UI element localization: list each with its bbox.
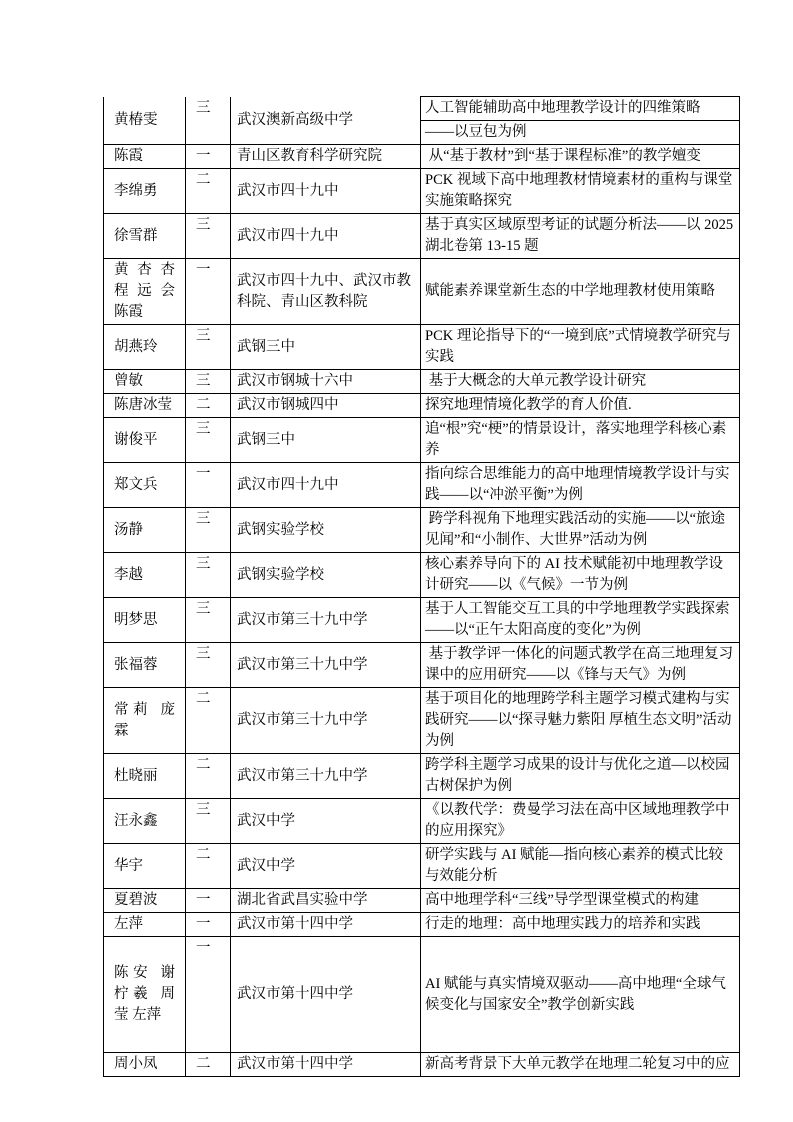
table-row: 陈唐冰莹 二 武汉市钢城四中 探究地理情境化教学的育人价值. — [104, 394, 740, 418]
table-row: 左萍 一 武汉市第十四中学 行走的地理：高中地理实践力的培养和实践 — [104, 913, 740, 937]
title-cell: 指向综合思维能力的高中地理情境教学设计与实践——以“冲淤平衡”为例 — [421, 463, 740, 508]
name-cell: 李越 — [104, 553, 186, 598]
rank-cell: 三 — [186, 598, 231, 643]
name-cell: 汤静 — [104, 508, 186, 553]
table-row: 郑文兵 一 武汉市四十九中 指向综合思维能力的高中地理情境教学设计与实践——以“… — [104, 463, 740, 508]
title-cell: 从“基于教材”到“基于课程标准”的教学嬗变 — [421, 145, 740, 169]
school-cell: 武汉中学 — [231, 844, 421, 889]
school-cell: 武汉市第三十九中学 — [231, 598, 421, 643]
rank-cell: 三 — [186, 508, 231, 553]
awards-table: 黄椿雯 三 武汉澳新高级中学 人工智能辅助高中地理教学设计的四维策略 ——以豆包… — [103, 96, 740, 1077]
title-cell: 跨学科视角下地理实践活动的实施——以“旅途见闻”和“小制作、大世界”活动为例 — [421, 508, 740, 553]
name-cell: 周小凤 — [104, 1053, 186, 1077]
school-cell: 青山区教育科学研究院 — [231, 145, 421, 169]
school-cell: 武汉市四十九中 — [231, 214, 421, 259]
name-cell: 左萍 — [104, 913, 186, 937]
rank-cell: 三 — [186, 370, 231, 394]
school-cell: 武汉市第三十九中学 — [231, 688, 421, 754]
title-cell: 基于项目化的地理跨学科主题学习模式建构与实践研究——以“探寻魅力紫阳 厚植生态文… — [421, 688, 740, 754]
title-cell: 新高考背景下大单元教学在地理二轮复习中的应 — [421, 1053, 740, 1077]
school-cell: 武汉市第十四中学 — [231, 1053, 421, 1077]
title-cell: 探究地理情境化教学的育人价值. — [421, 394, 740, 418]
school-cell: 武汉澳新高级中学 — [231, 97, 421, 145]
rank-cell: 二 — [186, 844, 231, 889]
table-row: 汤静 三 武钢实验学校 跨学科视角下地理实践活动的实施——以“旅途见闻”和“小制… — [104, 508, 740, 553]
rank-cell: 二 — [186, 688, 231, 754]
table-row: 汪永鑫 三 武汉中学 《以教代学：费曼学习法在高中区域地理教学中的应用探究》 — [104, 799, 740, 844]
title-cell: PCK 理论指导下的“一境到底”式情境教学研究与实践 — [421, 325, 740, 370]
title-cell: ——以豆包为例 — [421, 121, 740, 145]
title-cell: 追“根”究“梗”的情景设计，落实地理学科核心素养 — [421, 418, 740, 463]
title-cell: 基于大概念的大单元教学设计研究 — [421, 370, 740, 394]
rank-cell: 一 — [186, 913, 231, 937]
table-row: 黄杏杏 程远会 陈霞 一 武汉市四十九中、武汉市教科院、青山区教科院 赋能素养课… — [104, 259, 740, 325]
rank-cell: 三 — [186, 214, 231, 259]
title-cell: 赋能素养课堂新生态的中学地理教材使用策略 — [421, 259, 740, 325]
title-cell: PCK 视域下高中地理教材情境素材的重构与课堂实施策略探究 — [421, 169, 740, 214]
name-cell: 张福蓉 — [104, 643, 186, 688]
document-page: 黄椿雯 三 武汉澳新高级中学 人工智能辅助高中地理教学设计的四维策略 ——以豆包… — [0, 0, 793, 1122]
title-cell: 行走的地理：高中地理实践力的培养和实践 — [421, 913, 740, 937]
name-cell: 常莉 庞霖 — [104, 688, 186, 754]
rank-cell: 一 — [186, 937, 231, 1053]
table-row: 黄椿雯 三 武汉澳新高级中学 人工智能辅助高中地理教学设计的四维策略 — [104, 97, 740, 121]
table-row: 李越 三 武钢实验学校 核心素养导向下的 AI 技术赋能初中地理教学设计研究——… — [104, 553, 740, 598]
name-cell: 徐雪群 — [104, 214, 186, 259]
title-cell: AI 赋能与真实情境双驱动——高中地理“全球气候变化与国家安全”教学创新实践 — [421, 937, 740, 1053]
name-cell: 黄椿雯 — [104, 97, 186, 145]
rank-cell: 一 — [186, 889, 231, 913]
school-cell: 武汉市四十九中 — [231, 169, 421, 214]
rank-cell: 一 — [186, 145, 231, 169]
table-row: 明梦思 三 武汉市第三十九中学 基于人工智能交互工具的中学地理教学实践探索——以… — [104, 598, 740, 643]
school-cell: 武汉市四十九中 — [231, 463, 421, 508]
school-cell: 湖北省武昌实验中学 — [231, 889, 421, 913]
name-cell: 明梦思 — [104, 598, 186, 643]
school-cell: 武汉市第十四中学 — [231, 937, 421, 1053]
table-row: 张福蓉 三 武汉市第三十九中学 基于教学评一体化的问题式教学在高三地理复习课中的… — [104, 643, 740, 688]
school-cell: 武汉中学 — [231, 799, 421, 844]
title-cell: 《以教代学：费曼学习法在高中区域地理教学中的应用探究》 — [421, 799, 740, 844]
table-row: 陈霞 一 青山区教育科学研究院 从“基于教材”到“基于课程标准”的教学嬗变 — [104, 145, 740, 169]
rank-cell: 二 — [186, 394, 231, 418]
title-cell: 基于教学评一体化的问题式教学在高三地理复习课中的应用研究——以《锋与天气》为例 — [421, 643, 740, 688]
name-cell: 陈唐冰莹 — [104, 394, 186, 418]
name-cell: 夏碧波 — [104, 889, 186, 913]
title-cell: 基于真实区域原型考证的试题分析法——以 2025 湖北卷第 13-15 题 — [421, 214, 740, 259]
name-cell: 陈安 谢柠羲 周莹 左萍 — [104, 937, 186, 1053]
school-cell: 武汉市钢城四中 — [231, 394, 421, 418]
name-cell: 谢俊平 — [104, 418, 186, 463]
table-row: 夏碧波 一 湖北省武昌实验中学 高中地理学科“三线”导学型课堂模式的构建 — [104, 889, 740, 913]
table-row: 胡燕玲 三 武钢三中 PCK 理论指导下的“一境到底”式情境教学研究与实践 — [104, 325, 740, 370]
table-row: 陈安 谢柠羲 周莹 左萍 一 武汉市第十四中学 AI 赋能与真实情境双驱动——高… — [104, 937, 740, 1053]
rank-cell: 二 — [186, 754, 231, 799]
rank-cell: 三 — [186, 553, 231, 598]
title-cell: 核心素养导向下的 AI 技术赋能初中地理教学设计研究——以《气候》一节为例 — [421, 553, 740, 598]
title-cell: 高中地理学科“三线”导学型课堂模式的构建 — [421, 889, 740, 913]
title-cell: 人工智能辅助高中地理教学设计的四维策略 — [421, 97, 740, 121]
name-cell: 黄杏杏 程远会 陈霞 — [104, 259, 186, 325]
school-cell: 武钢实验学校 — [231, 553, 421, 598]
school-cell: 武钢三中 — [231, 325, 421, 370]
rank-cell: 三 — [186, 325, 231, 370]
table-row: 李绵勇 二 武汉市四十九中 PCK 视域下高中地理教材情境素材的重构与课堂实施策… — [104, 169, 740, 214]
school-cell: 武汉市第十四中学 — [231, 913, 421, 937]
name-cell: 陈霞 — [104, 145, 186, 169]
name-cell: 华宇 — [104, 844, 186, 889]
rank-cell: 一 — [186, 259, 231, 325]
name-cell: 李绵勇 — [104, 169, 186, 214]
rank-cell: 三 — [186, 418, 231, 463]
table-row: 华宇 二 武汉中学 研学实践与 AI 赋能—指向核心素养的模式比较与效能分析 — [104, 844, 740, 889]
rank-cell: 二 — [186, 1053, 231, 1077]
rank-cell: 三 — [186, 799, 231, 844]
school-cell: 武汉市四十九中、武汉市教科院、青山区教科院 — [231, 259, 421, 325]
school-cell: 武钢实验学校 — [231, 508, 421, 553]
school-cell: 武汉市第三十九中学 — [231, 754, 421, 799]
school-cell: 武钢三中 — [231, 418, 421, 463]
table-row: 周小凤 二 武汉市第十四中学 新高考背景下大单元教学在地理二轮复习中的应 — [104, 1053, 740, 1077]
name-cell: 郑文兵 — [104, 463, 186, 508]
name-cell: 汪永鑫 — [104, 799, 186, 844]
school-cell: 武汉市第三十九中学 — [231, 643, 421, 688]
table-row: 谢俊平 三 武钢三中 追“根”究“梗”的情景设计，落实地理学科核心素养 — [104, 418, 740, 463]
title-cell: 研学实践与 AI 赋能—指向核心素养的模式比较与效能分析 — [421, 844, 740, 889]
title-cell: 基于人工智能交互工具的中学地理教学实践探索——以“正午太阳高度的变化”为例 — [421, 598, 740, 643]
table-row: 徐雪群 三 武汉市四十九中 基于真实区域原型考证的试题分析法——以 2025 湖… — [104, 214, 740, 259]
title-cell: 跨学科主题学习成果的设计与优化之道—以校园古树保护为例 — [421, 754, 740, 799]
rank-cell: 三 — [186, 97, 231, 145]
rank-cell: 一 — [186, 463, 231, 508]
school-cell: 武汉市钢城十六中 — [231, 370, 421, 394]
table-row: 曾敏 三 武汉市钢城十六中 基于大概念的大单元教学设计研究 — [104, 370, 740, 394]
table-row: 杜晓丽 二 武汉市第三十九中学 跨学科主题学习成果的设计与优化之道—以校园古树保… — [104, 754, 740, 799]
name-cell: 胡燕玲 — [104, 325, 186, 370]
table-row: 常莉 庞霖 二 武汉市第三十九中学 基于项目化的地理跨学科主题学习模式建构与实践… — [104, 688, 740, 754]
name-cell: 曾敏 — [104, 370, 186, 394]
name-cell: 杜晓丽 — [104, 754, 186, 799]
rank-cell: 二 — [186, 169, 231, 214]
rank-cell: 三 — [186, 643, 231, 688]
